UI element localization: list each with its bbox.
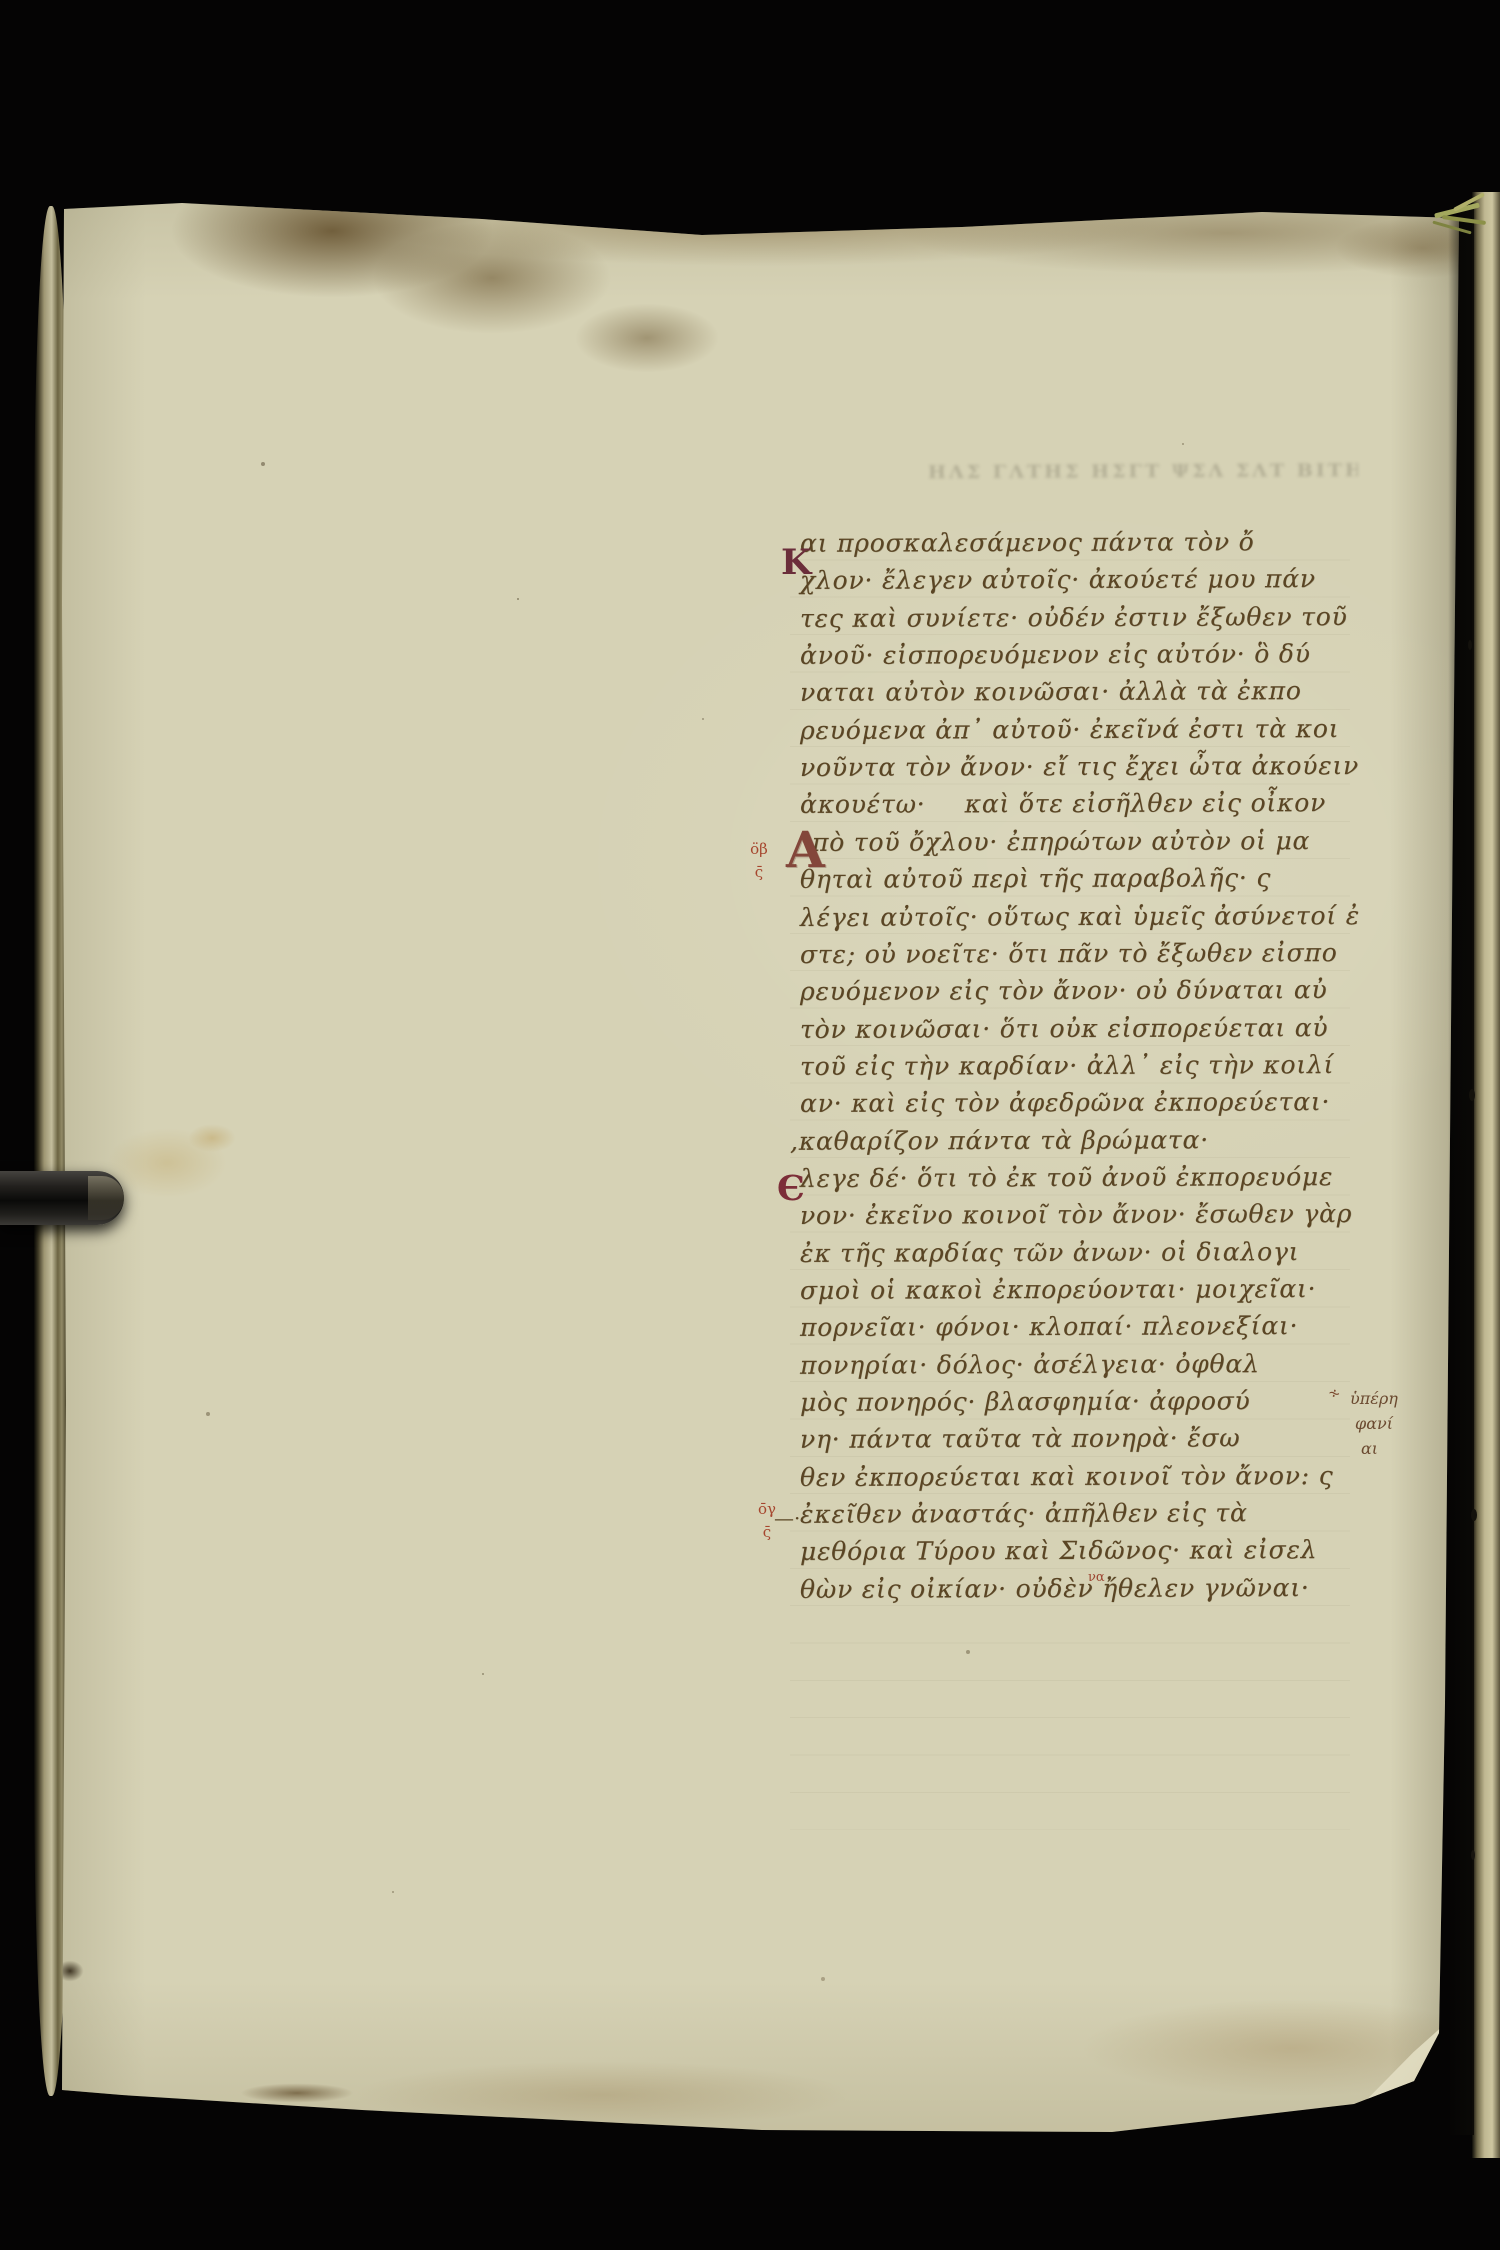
text-line-28: μεθόρια Τύρου καὶ Σιδῶνος· καὶ εἰσελ — [800, 1536, 1317, 1567]
photo-stage: ΗΛΣ ΓΛΤΗΣ ΗΣΓΤ ΨΣΛ ΣΛΤ ΒΙΤΗΣ ΤΛΝ ΗΣΟΥ αι… — [0, 0, 1500, 2250]
text-line-16: αν· καὶ εἰς τὸν ἀφεδρῶνα ἐκπορεύεται· — [800, 1087, 1330, 1118]
text-line-5: ναται αὐτὸν κοινῶσαι· ἀλλὰ τὰ ἐκπο — [800, 677, 1302, 708]
kephalaion-ob-bottom: ς̄ — [744, 861, 774, 884]
rubric-initial-kappa: Κ — [781, 542, 811, 583]
text-line-13: ρευόμενον εἰς τὸν ἄνον· οὐ δύναται αὐ — [800, 975, 1328, 1006]
margin-note-line-3: αι — [1350, 1436, 1420, 1461]
text-line-18: λεγε δέ· ὅτι τὸ ἐκ τοῦ ἀνοῦ ἐκπορευόμε — [800, 1162, 1333, 1193]
text-line-7: νοῦντα τὸν ἄνον· εἴ τις ἔχει ὦτα ἀκούειν — [800, 751, 1359, 782]
kephalaion-ob-top: ο̈β — [744, 838, 774, 861]
endband-tassel — [1428, 190, 1500, 242]
kephalaion-number-ob: ο̈β ς̄ — [744, 838, 774, 884]
margin-note-line-2: φανί — [1350, 1411, 1420, 1436]
text-line-27: ἐκεῖθεν ἀναστάς· ἀπῆλθεν εἰς τὰ — [800, 1498, 1248, 1529]
text-line-12: στε; οὐ νοεῖτε· ὅτι πᾶν τὸ ἔξωθεν εἰσπο — [800, 938, 1338, 969]
text-line-6: ρευόμενα ἀπ᾽ αὐτοῦ· ἐκεῖνά ἐστι τὰ κοι — [800, 714, 1339, 745]
text-line-10: θηταὶ αὐτοῦ περὶ τῆς παραβολῆς· ς — [800, 863, 1271, 894]
paragraph-obelus-mark: —· — [774, 1506, 800, 1530]
text-line-29: θὼν εἰς οἰκίαν· οὐδὲν ἤθελεν γνῶναι· — [800, 1573, 1310, 1604]
text-line-17: ,καθαρίζον πάντα τὰ βρώματα· — [790, 1125, 1209, 1155]
text-line-8: ἀκουέτω· καὶ ὅτε εἰσῆλθεν εἰς οἶκον — [800, 789, 1326, 820]
text-line-25: νη· πάντα ταῦτα τὰ πονηρὰ· ἔσω — [800, 1424, 1241, 1455]
text-line-24: μὸς πονηρός· βλασφημία· ἀφροσύ — [800, 1386, 1251, 1417]
text-line-19: νον· ἐκεῖνο κοινοῖ τὸν ἄνον· ἔσωθεν γὰρ — [800, 1199, 1352, 1230]
text-line-9: πὸ τοῦ ὄχλου· ἐπηρώτων αὐτὸν οἱ μα — [812, 826, 1310, 857]
margin-note-hyperephania: ὑπέρηφανίαι — [1350, 1386, 1420, 1461]
show-through-running-title: ΗΛΣ ΓΛΤΗΣ ΗΣΓΤ ΨΣΛ ΣΛΤ ΒΙΤΗΣ ΤΛΝ ΗΣΟΥ — [928, 461, 1358, 502]
text-line-4: ἀνοῦ· εἰσπορευόμενον εἰς αὐτόν· ὃ δύ — [800, 639, 1311, 670]
interlinear-correction: να — [1088, 1570, 1105, 1585]
sewing-holes — [1468, 640, 1472, 650]
text-line-1: αι προσκαλεσάμενος πάντα τὸν ὄ — [800, 527, 1255, 558]
text-line-20: ἐκ τῆς καρδίας τῶν ἀνων· οἱ διαλογι — [800, 1237, 1299, 1268]
text-line-2: χλον· ἔλεγεν αὐτοῖς· ἀκούετέ μου πάν — [800, 564, 1316, 595]
tassel-thread — [1442, 215, 1486, 225]
gutter-shadow — [1448, 205, 1474, 2135]
parchment-specks — [62, 203, 64, 205]
text-line-21: σμοὶ οἱ κακοὶ ἐκπορεύονται· μοιχεῖαι· — [800, 1274, 1316, 1305]
fore-edge-strip — [1472, 192, 1500, 2158]
text-line-11: λέγει αὐτοῖς· οὕτως καὶ ὑμεῖς ἀσύνετοί ἐ — [800, 901, 1360, 932]
tassel-thread — [1432, 221, 1471, 235]
text-line-15: τοῦ εἰς τὴν καρδίαν· ἀλλ᾽ εἰς τὴν κοιλί — [800, 1050, 1334, 1081]
text-line-14: τὸν κοινῶσαι· ὅτι οὐκ εἰσπορεύεται αὐ — [800, 1013, 1328, 1044]
text-line-22: πορνεῖαι· φόνοι· κλοπαί· πλεονεξίαι· — [800, 1311, 1298, 1342]
margin-note-line-1: ὑπέρη — [1350, 1386, 1420, 1411]
text-line-26: θεν ἐκπορεύεται καὶ κοινοῖ τὸν ἄνον: ς — [800, 1461, 1334, 1492]
text-line-23: πονηρίαι· δόλος· ἀσέλγεια· ὀφθαλ — [800, 1349, 1260, 1380]
text-line-3: τες καὶ συνίετε· οὐδέν ἐστιν ἔξωθεν τοῦ — [800, 602, 1348, 633]
rubric-initial-epsilon: Є — [777, 1168, 805, 1209]
rubric-initial-alpha: Α — [786, 820, 825, 879]
